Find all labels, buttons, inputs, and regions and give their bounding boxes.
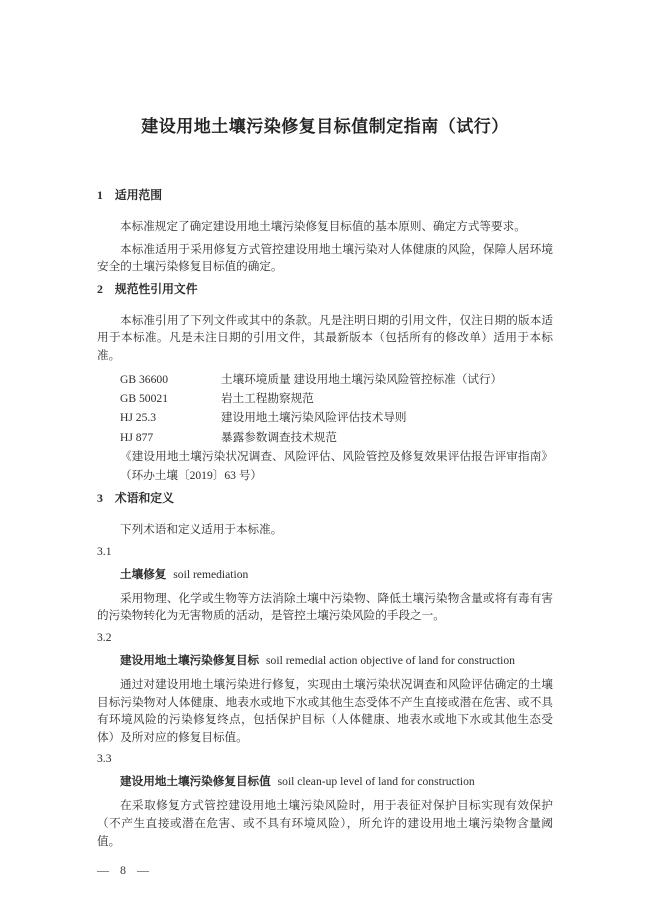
term-title: 建设用地土壤污染修复目标值 soil clean-up level of lan… bbox=[120, 774, 553, 790]
reference-code: GB 36600 bbox=[120, 370, 221, 389]
section-2-number: 2 bbox=[97, 282, 103, 297]
document-title: 建设用地土壤污染修复目标值制定指南（试行） bbox=[97, 116, 553, 138]
body-paragraph: 下列术语和定义适用于本标准。 bbox=[97, 521, 553, 539]
reference-item: HJ 25.3 建设用地土壤污染风险评估技术导则 bbox=[120, 408, 553, 427]
reference-code: HJ 25.3 bbox=[120, 408, 221, 427]
document-page: 建设用地土壤污染修复目标值制定指南（试行） 1 适用范围 本标准规定了确定建设用… bbox=[0, 0, 650, 919]
section-2-title: 规范性引用文件 bbox=[115, 282, 198, 297]
term-number: 3.1 bbox=[97, 544, 553, 559]
section-3-heading: 3 术语和定义 bbox=[97, 491, 553, 506]
body-paragraph: 本标准规定了确定建设用地土壤污染修复目标值的基本原则、确定方式等要求。 bbox=[97, 218, 553, 236]
term-name-zh: 建设用地土壤污染修复目标值 bbox=[120, 775, 271, 788]
reference-code: HJ 877 bbox=[120, 428, 221, 447]
document-content: 建设用地土壤污染修复目标值制定指南（试行） 1 适用范围 本标准规定了确定建设用… bbox=[0, 0, 650, 850]
term-name-en: soil clean-up level of land for construc… bbox=[278, 775, 475, 788]
section-scope: 1 适用范围 本标准规定了确定建设用地土壤污染修复目标值的基本原则、确定方式等要… bbox=[97, 188, 553, 276]
section-1-title: 适用范围 bbox=[115, 188, 162, 203]
section-2-heading: 2 规范性引用文件 bbox=[97, 282, 553, 297]
reference-note: 《建设用地土壤污染状况调查、风险评估、风险管控及修复效果评估报告评审指南》（环办… bbox=[120, 447, 553, 485]
section-3-number: 3 bbox=[97, 491, 103, 506]
term-name-zh: 建设用地土壤污染修复目标 bbox=[120, 654, 259, 667]
section-normative-references: 2 规范性引用文件 本标准引用了下列文件或其中的条款。凡是注明日期的引用文件，仅… bbox=[97, 282, 553, 485]
reference-title: 土壤环境质量 建设用地土壤污染风险管控标准（试行） bbox=[221, 370, 553, 389]
reference-code: GB 50021 bbox=[120, 389, 221, 408]
reference-title: 岩土工程勘察规范 bbox=[221, 389, 553, 408]
term-name-zh: 土壤修复 bbox=[120, 568, 166, 581]
term-title: 建设用地土壤污染修复目标 soil remedial action object… bbox=[120, 653, 553, 669]
section-1-number: 1 bbox=[97, 188, 103, 203]
term-definition: 通过对建设用地土壤污染进行修复，实现由土壤污染状况调查和风险评估确定的土壤目标污… bbox=[97, 676, 553, 746]
term-number: 3.2 bbox=[97, 630, 553, 645]
section-1-heading: 1 适用范围 bbox=[97, 188, 553, 203]
reference-title: 暴露参数调查技术规范 bbox=[221, 428, 553, 447]
term-title: 土壤修复 soil remediation bbox=[120, 567, 553, 583]
term-name-en: soil remedial action objective of land f… bbox=[266, 654, 515, 667]
term-name-en: soil remediation bbox=[173, 568, 248, 581]
section-3-title: 术语和定义 bbox=[115, 491, 174, 506]
term-definition: 采用物理、化学或生物等方法消除土壤中污染物、降低土壤污染物含量或将有毒有害的污染… bbox=[97, 590, 553, 625]
term-number: 3.3 bbox=[97, 751, 553, 766]
reference-item: GB 50021 岩土工程勘察规范 bbox=[120, 389, 553, 408]
section-terms-definitions: 3 术语和定义 下列术语和定义适用于本标准。 3.1 土壤修复 soil rem… bbox=[97, 491, 553, 850]
body-paragraph: 本标准适用于采用修复方式管控建设用地土壤污染对人体健康的风险，保障人居环境安全的… bbox=[97, 241, 553, 276]
reference-item: GB 36600 土壤环境质量 建设用地土壤污染风险管控标准（试行） bbox=[120, 370, 553, 389]
reference-item: HJ 877 暴露参数调查技术规范 bbox=[120, 428, 553, 447]
body-paragraph: 本标准引用了下列文件或其中的条款。凡是注明日期的引用文件，仅注日期的版本适用于本… bbox=[97, 312, 553, 365]
page-number: — 8 — bbox=[97, 863, 149, 878]
reference-title: 建设用地土壤污染风险评估技术导则 bbox=[221, 408, 553, 427]
term-definition: 在采取修复方式管控建设用地土壤污染风险时，用于表征对保护目标实现有效保护（不产生… bbox=[97, 797, 553, 850]
